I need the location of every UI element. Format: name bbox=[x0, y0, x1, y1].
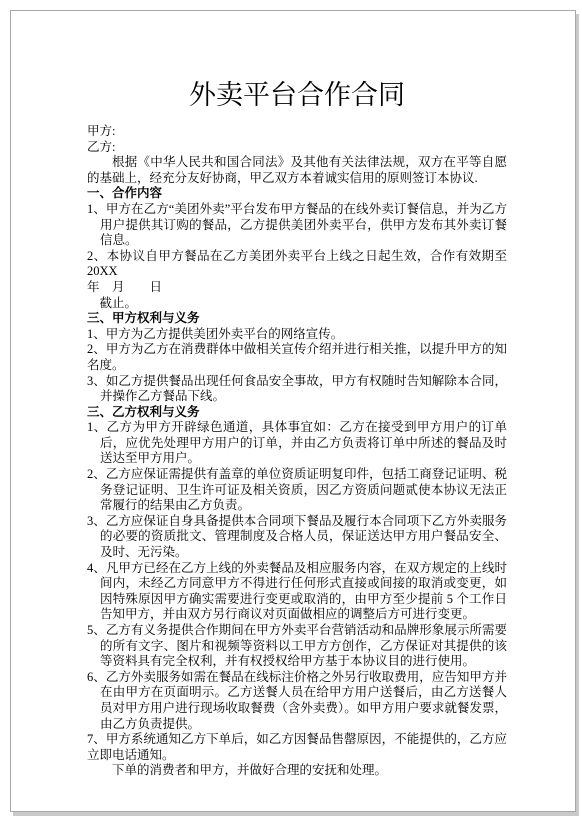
clause-party-a-1: 1、甲方为乙方提供美团外卖平台的网络宣传。 bbox=[87, 327, 507, 343]
clause-party-a-3: 3、如乙方提供餐品出现任何食品安全事故，甲方有权随时告知解除本合同，并操作乙方餐… bbox=[87, 374, 507, 405]
clause-party-a-2: 2、甲方为乙方在消费群体中做相关宣传介绍并进行相关推，以提升甲方的知名度。 bbox=[87, 342, 507, 373]
preamble-paragraph: 根据《中华人民共和国合同法》及其他有关法律法规，双方在平等自愿的基础上，经充分友… bbox=[87, 155, 507, 186]
clause-party-b-6: 6、乙方外卖服务如需在餐品在线标注价格之外另行收取费用，应告知甲方并在由甲方在页… bbox=[87, 670, 507, 732]
clause-party-b-2: 2、乙方应保证需提供有盖章的单位资质证明复印件，包括工商登记证明、税务登记证明、… bbox=[87, 467, 507, 514]
party-a-line: 甲方: bbox=[87, 124, 507, 140]
clause-party-b-7: 7、甲方系统通知乙方下单后，如乙方因餐品售罄原因，不能提供的，乙方应立即电话通知… bbox=[87, 732, 507, 763]
section-heading-party-b-rights: 三、乙方权利与义务 bbox=[87, 405, 507, 421]
section-heading-party-a-rights: 三、甲方权利与义务 bbox=[87, 311, 507, 327]
clause-cooperation-2: 2、本协议自甲方餐品在乙方美团外卖平台上线之日起生效，合作有效期至 20XX 年… bbox=[87, 249, 507, 311]
document-page: 外卖平台合作合同 甲方: 乙方: 根据《中华人民共和国合同法》及其他有关法律法规… bbox=[10, 10, 576, 812]
document-viewer: 外卖平台合作合同 甲方: 乙方: 根据《中华人民共和国合同法》及其他有关法律法规… bbox=[0, 0, 582, 822]
document-title: 外卖平台合作合同 bbox=[87, 73, 507, 112]
clause-party-b-5: 5、乙方有义务提供合作期间在甲方外卖平台营销活动和品牌形象展示所需要的所有文字、… bbox=[87, 623, 507, 670]
clause-party-b-3: 3、乙方应保证自身具备提供本合同项下餐品及履行本合同项下乙方外卖服务的必要的资质… bbox=[87, 514, 507, 561]
closing-line: 下单的消费者和甲方，并做好合理的安抚和处理。 bbox=[87, 763, 507, 779]
clause-party-b-1: 1、乙方为甲方开辟绿色通道，具体事宜如：乙方在接受到甲方用户的订单后，应优先处理… bbox=[87, 420, 507, 467]
section-heading-cooperation-content: 一、合作内容 bbox=[87, 186, 507, 202]
party-b-line: 乙方: bbox=[87, 140, 507, 156]
clause-cooperation-1: 1、甲方在乙方“美团外卖”平台发布甲方餐品的在线外卖订餐信息，并为乙方用户提供其… bbox=[87, 202, 507, 249]
clause-party-b-4: 4、凡甲方已经在乙方上线的外卖餐品及相应服务内容，在双方规定的上线时间内，未经乙… bbox=[87, 561, 507, 623]
